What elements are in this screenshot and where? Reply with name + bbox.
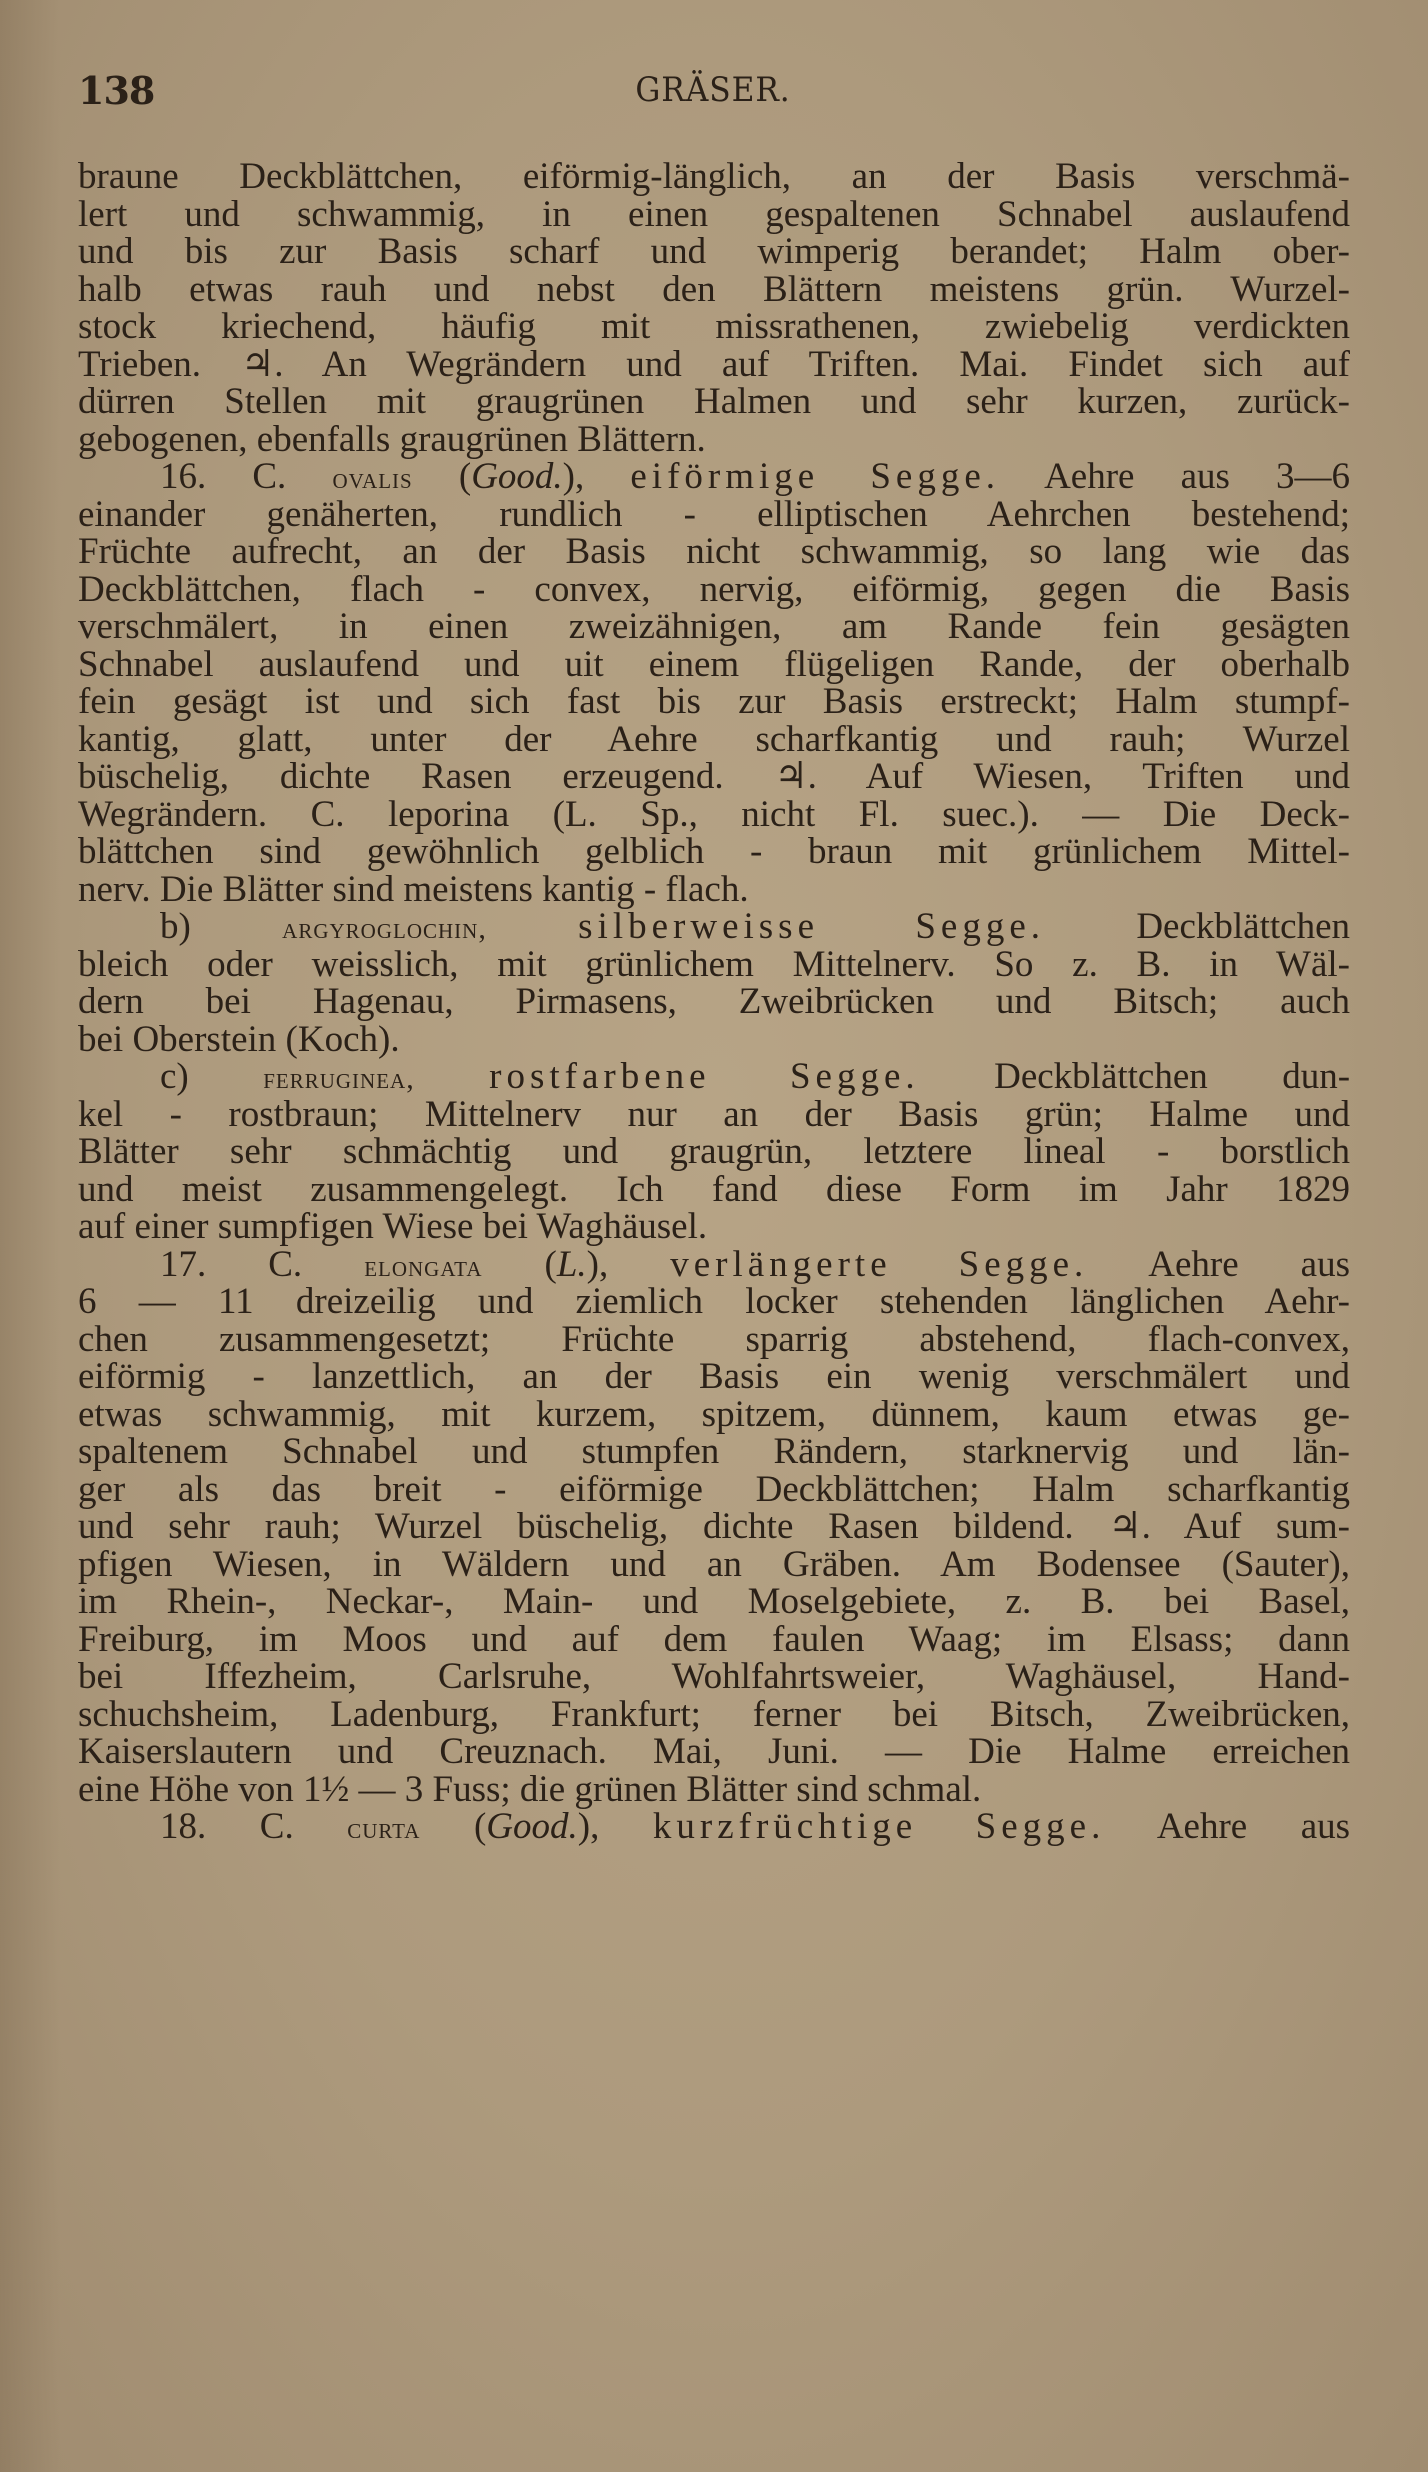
variety-heading-line: b) argyroglochin, silberweisse Segge. De… (78, 908, 1350, 946)
text-line: Freiburg, im Moos und auf dem faulen Waa… (78, 1621, 1350, 1659)
text-line: nerv. Die Blätter sind meistens kantig -… (78, 871, 1350, 909)
text-line: Wegrändern. C. leporina (L. Sp., nicht F… (78, 796, 1350, 834)
description-start: Aehre aus (1157, 1806, 1350, 1847)
text-line: Trieben. ♃. An Wegrändern und auf Trifte… (78, 346, 1350, 384)
text-line: eine Höhe von 1½ — 3 Fuss; die grünen Bl… (78, 1771, 1350, 1809)
variety-name: ferruginea, (263, 1062, 415, 1095)
text-line: chen zusammengesetzt; Früchte sparrig ab… (78, 1321, 1350, 1359)
text-line: etwas schwammig, mit kurzem, spitzem, dü… (78, 1396, 1350, 1434)
text-line: dürren Stellen mit graugrünen Halmen und… (78, 383, 1350, 421)
text-line: auf einer sumpfigen Wiese bei Waghäusel. (78, 1208, 1350, 1246)
body-text: braune Deckblättchen, eiförmig-länglich,… (78, 158, 1350, 1846)
text-line: halb etwas rauh und nebst den Blättern m… (78, 271, 1350, 309)
paragraph-species-16: 16. C. ovalis (Good.), eiförmige Segge. … (78, 458, 1350, 908)
description-start: Aehre aus 3—6 (1044, 456, 1350, 497)
description-start: Deckblättchen dun- (994, 1056, 1350, 1097)
paragraph-species-18: 18. C. curta (Good.), kurzfrüchtige Segg… (78, 1808, 1350, 1846)
text-line: ger als das breit - eiförmige Deckblättc… (78, 1471, 1350, 1509)
species-heading-line: 17. C. elongata (L.), verlängerte Segge.… (78, 1246, 1350, 1284)
paragraph-variety-b: b) argyroglochin, silberweisse Segge. De… (78, 908, 1350, 1058)
variety-label: c) (160, 1056, 189, 1097)
species-name: elongata (364, 1250, 482, 1283)
text-line: Früchte aufrecht, an der Basis nicht sch… (78, 533, 1350, 571)
text-line: 6 — 11 dreizeilig und ziemlich locker st… (78, 1283, 1350, 1321)
text-line: Schnabel auslaufend und uit einem flügel… (78, 646, 1350, 684)
text-line: verschmälert, in einen zweizähnigen, am … (78, 608, 1350, 646)
running-head: GRÄSER. (129, 70, 1297, 110)
text-line: und bis zur Basis scharf und wimperig be… (78, 233, 1350, 271)
common-name: verlängerte Segge. (670, 1244, 1088, 1285)
variety-label: b) (160, 906, 191, 947)
text-line: bleich oder weisslich, mit grünlichem Mi… (78, 946, 1350, 984)
text-line: pfigen Wiesen, in Wäldern und an Gräben.… (78, 1546, 1350, 1584)
common-name: kurzfrüchtige Segge. (653, 1806, 1105, 1847)
authority: (Good.), (459, 456, 584, 497)
genus-abbrev: C. (252, 456, 286, 497)
page-header: 138 GRÄSER. (78, 68, 1348, 118)
species-heading-line: 18. C. curta (Good.), kurzfrüchtige Segg… (78, 1808, 1350, 1846)
paragraph-variety-c: c) ferruginea, rostfarbene Segge. Deckbl… (78, 1058, 1350, 1246)
text-line: einander genäherten, rundlich - elliptis… (78, 496, 1350, 534)
species-number: 18. (160, 1806, 206, 1847)
text-line: fein gesägt ist und sich fast bis zur Ba… (78, 683, 1350, 721)
common-name: rostfarbene Segge. (489, 1056, 920, 1097)
text-line: kantig, glatt, unter der Aehre scharfkan… (78, 721, 1350, 759)
text-line: im Rhein-, Neckar-, Main- und Moselgebie… (78, 1583, 1350, 1621)
common-name: silberweisse Segge. (578, 906, 1045, 947)
text-line: Blätter sehr schmächtig und graugrün, le… (78, 1133, 1350, 1171)
text-line: und meist zusammengelegt. Ich fand diese… (78, 1171, 1350, 1209)
text-line: bei Oberstein (Koch). (78, 1021, 1350, 1059)
text-line: büschelig, dichte Rasen erzeugend. ♃. Au… (78, 758, 1350, 796)
species-name: ovalis (332, 462, 412, 495)
text-line: stock kriechend, häufig mit missrathenen… (78, 308, 1350, 346)
text-line: dern bei Hagenau, Pirmasens, Zweibrücken… (78, 983, 1350, 1021)
text-line: spaltenem Schnabel und stumpfen Rändern,… (78, 1433, 1350, 1471)
variety-heading-line: c) ferruginea, rostfarbene Segge. Deckbl… (78, 1058, 1350, 1096)
description-start: Deckblättchen (1136, 906, 1350, 947)
variety-name: argyroglochin, (282, 912, 487, 945)
text-line: kel - rostbraun; Mittelnerv nur an der B… (78, 1096, 1350, 1134)
text-line: und sehr rauh; Wurzel büschelig, dichte … (78, 1508, 1350, 1546)
book-page: 138 GRÄSER. braune Deckblättchen, eiförm… (0, 0, 1428, 2472)
common-name: eiförmige Segge. (630, 456, 1000, 497)
species-heading-line: 16. C. ovalis (Good.), eiförmige Segge. … (78, 458, 1350, 496)
species-number: 17. (160, 1244, 206, 1285)
text-line: eiförmig - lanzettlich, an der Basis ein… (78, 1358, 1350, 1396)
text-line: bei Iffezheim, Carlsruhe, Wohlfahrtsweie… (78, 1658, 1350, 1696)
paragraph-species-17: 17. C. elongata (L.), verlängerte Segge.… (78, 1246, 1350, 1809)
text-line: Kaiserslautern und Creuznach. Mai, Juni.… (78, 1733, 1350, 1771)
description-start: Aehre aus (1148, 1244, 1350, 1285)
text-line: gebogenen, ebenfalls graugrünen Blättern… (78, 421, 1350, 459)
species-name: curta (347, 1812, 420, 1845)
authority: (L.), (545, 1244, 609, 1285)
genus-abbrev: C. (260, 1806, 294, 1847)
text-line: lert und schwammig, in einen gespaltenen… (78, 196, 1350, 234)
paragraph-continuation: braune Deckblättchen, eiförmig-länglich,… (78, 158, 1350, 458)
text-line: braune Deckblättchen, eiförmig-länglich,… (78, 158, 1350, 196)
authority: (Good.), (474, 1806, 599, 1847)
text-line: blättchen sind gewöhnlich gelblich - bra… (78, 833, 1350, 871)
genus-abbrev: C. (268, 1244, 302, 1285)
text-line: schuchsheim, Ladenburg, Frankfurt; ferne… (78, 1696, 1350, 1734)
text-line: Deckblättchen, flach - convex, nervig, e… (78, 571, 1350, 609)
species-number: 16. (160, 456, 206, 497)
